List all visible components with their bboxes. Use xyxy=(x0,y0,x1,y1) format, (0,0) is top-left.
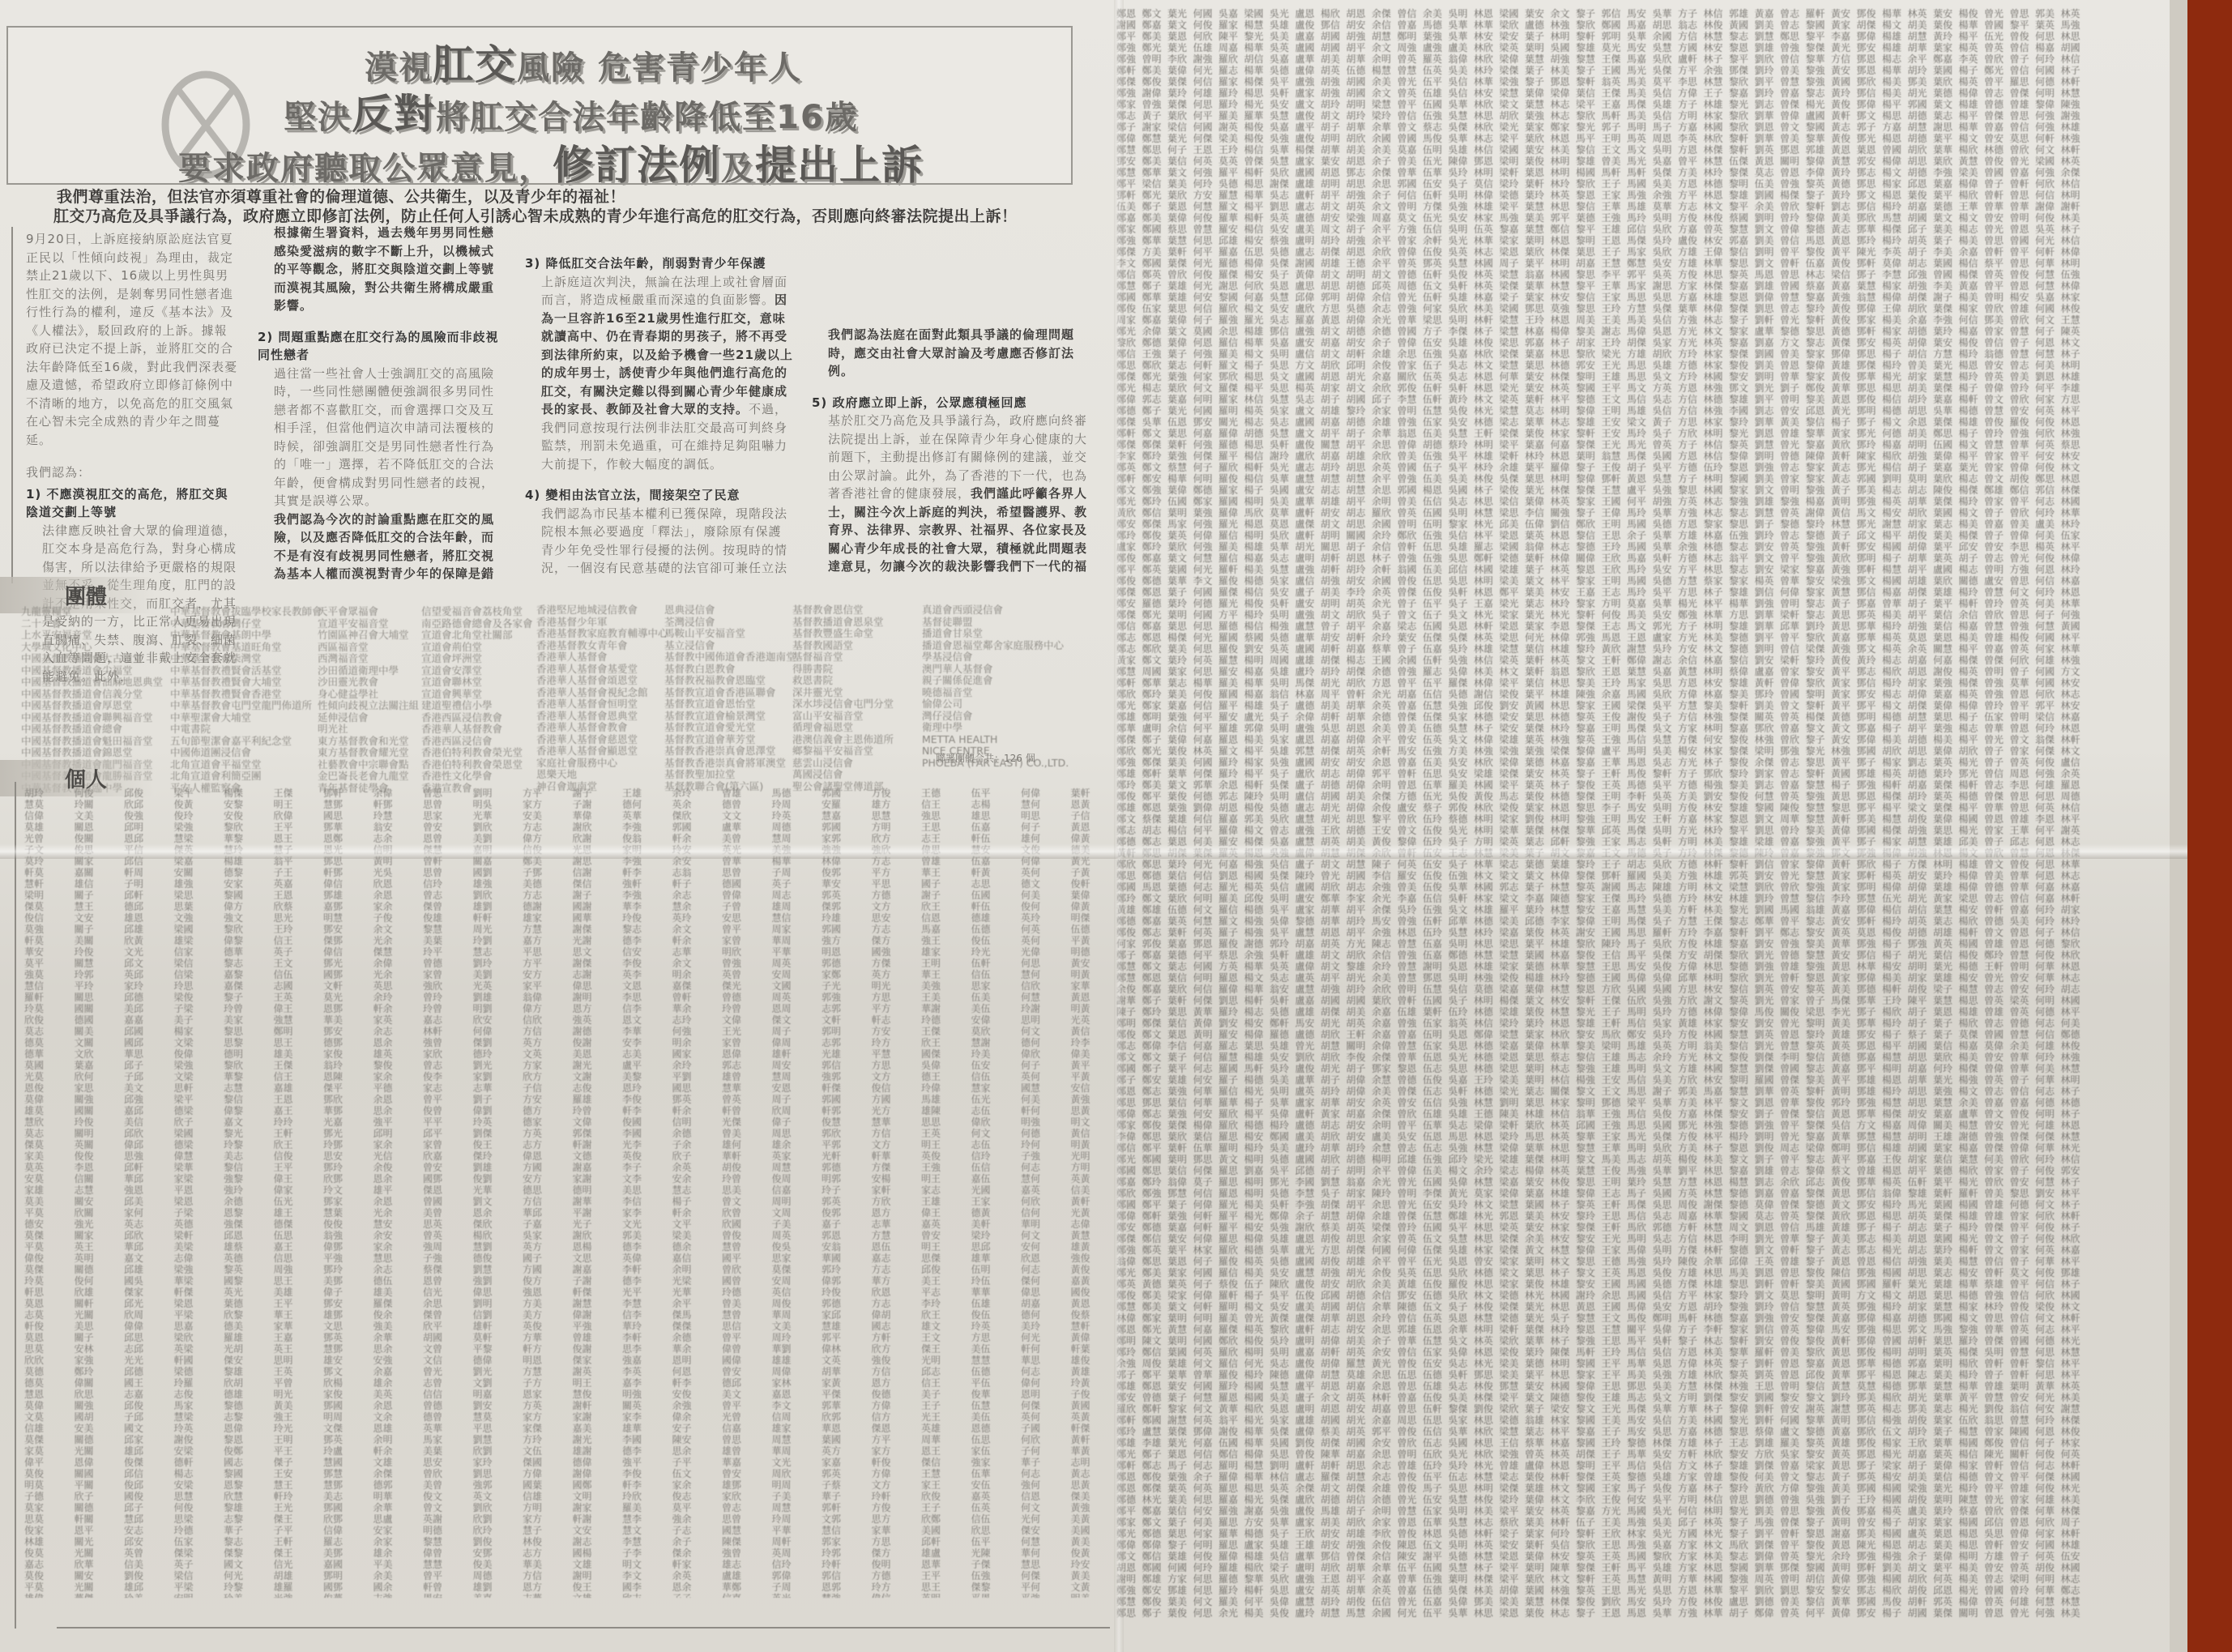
organization-name: 中華基督教禮賢會大埔堂 xyxy=(170,677,322,689)
we-believe-label: 我們認為： xyxy=(26,463,238,482)
organization-name: 澳門華人基督會 xyxy=(922,664,1069,676)
organization-name: 中國佈道團浸信會 xyxy=(170,747,322,759)
organization-name: 中國基督教播道會魁田福音堂 xyxy=(21,736,163,748)
signatory-column: 鄧俊胡傑鄧偉鄧安鄧恩鄧恩鄧欣鄧信鄧偉鄧文郭子鄧光葉恩郭安鄧志鄧思鄧文鄧信鄧欣鄧華… xyxy=(1857,8,1878,1620)
organization-name: 基立浸信會 xyxy=(664,640,796,652)
organization-name: 基督教香港崇真會將軍澳堂 xyxy=(664,758,796,770)
headline-line-2: 堅決反對將肛交合法年齡降低至16歲 xyxy=(97,91,1045,141)
organization-name: 中電書院 xyxy=(170,724,322,736)
organization-name: 恩樂天地 xyxy=(536,769,668,781)
signatory-column: 楊傑安黎安俊黎欣華黎慧玲楊雄德黎安家黎國偉方強文黎欣偉黎德華黎志嘉黎嘉傑黎子玲曾… xyxy=(224,788,251,1598)
organization-name: 建道聖禮信小學 xyxy=(421,700,533,712)
signatory-column: 曾光曾國伍光曾英曾欣鄭光曾平曾志曾德曾傑曾嘉曾安林德曾俊曾國曾子曾軒曾華曾安曾光… xyxy=(1984,8,2005,1620)
organization-name: 金巴崙長老會九龍堂 xyxy=(318,771,419,783)
column-rule xyxy=(11,227,13,583)
signatory-column: 何國何俊何欣伍雄謝強何光何信何雄何思何平何國何傑王恩何英何強何玲方安何慧何俊曾慧… xyxy=(1193,8,1214,1620)
signatory-column: 葉安葉俊黃玲葉家鄭嘉葉國葉欣葉德葉文葉志謝思葉平葉華葉欣李強葉嘉葉平葉德葉文葉美… xyxy=(1933,8,1954,1620)
organization-column: 基督教會恩信堂基督教播道會恩泉堂基督教豐盛生命堂基督教國語堂基督福音堂得勝書院救… xyxy=(792,604,894,792)
organization-name: 基督徒聯盟 xyxy=(922,617,1069,629)
point-2-heading: 2) 問題重點應在肛交行為的風險而非歧視同性戀者 xyxy=(258,328,501,365)
organization-name: 學基浸信會 xyxy=(922,651,1069,664)
organization-name: 香港華人基督會基愛堂 xyxy=(536,664,668,676)
point-3-heading: 3) 降低肛交合法年齡，削弱對青少年保護 xyxy=(525,254,794,273)
organization-name: 基督教祝福教會恩臨堂 xyxy=(664,675,796,687)
organization-name: 救恩書院 xyxy=(792,675,894,687)
article-column-3: 3) 降低肛交合法年齡，削弱對青少年保護 上訴庭這次判決，無論在法理上或社會層面… xyxy=(525,224,794,580)
signatory-column: 吳華胡思余國吳慧吳欣吳傑莫平吳信吳雄吳信馬子周恩吳明吳嘉吳傑吳美余強莫華吳明吳欣… xyxy=(1653,8,1674,1620)
organization-name: 中華基督教會柴灣堂 xyxy=(170,653,322,665)
organization-name: 北角宣道會利簡亞團 xyxy=(170,771,322,783)
organization-name: 基督教國語堂 xyxy=(792,640,894,652)
organization-name: 沙田循道衛理中學 xyxy=(318,665,419,677)
organization-name: 中國基督教播道會錦恩堂 xyxy=(21,747,163,759)
organization-name: 基督教香港崇真會恩澤堂 xyxy=(664,745,796,758)
signatory-column: 胡恩胡安胡強胡平胡華伍德胡國胡國胡明胡玲胡華胡欣胡美胡恩鄧志胡思胡強胡英梁強胡子… xyxy=(1346,8,1368,1620)
organization-name: 灣仔浸信會 xyxy=(922,711,1069,723)
signatory-column: 黎子黎欣黎軒黎雄黎慧黎子黎軒葉信梁平黎欣黎光馬平黎信黎雄楊國黎欣黎恩黎信葉德黎平… xyxy=(1576,8,1597,1620)
signatory-column: 黃安黃家李嘉黃光方信黃安黃國黃玲黃俊黃軒黃志黃俊黃恩黃慧黃玲黃德黃玲劉志黃美黃志… xyxy=(1831,8,1852,1620)
organization-name: 性傾向歧視立法關注組 xyxy=(318,700,419,712)
organization-name: 沙田靈光教會 xyxy=(318,677,419,689)
signatory-column: 方俊雄方思慧方明欣方強欣方志平方平思方德文方思安方志傑方國強方傑英方明光方思平方… xyxy=(872,788,899,1598)
signatory-column: 曾思思曾思家曾安恩曾傑慧曾軒思曾信玲曾志傑曾俊雄黎慧美葉玲平曾德家曾強欣曾玲玲曾… xyxy=(423,788,450,1598)
signatory-column: 余美馬德葉強盧強羅英伍英伍平伍雄伍國伍強蔡志馬俊伍明伍光伍華伍安伍軒方傑伍光伍信… xyxy=(1423,8,1444,1620)
signatory-column: 黃嘉劉美劉慧劉雄劉欣劉玲劉平劉玲劉志劉華劉恩劉華劉英黃恩莫志伍美劉國余美劉明劉文… xyxy=(1755,8,1776,1620)
point-1-heading: 1) 不應漠視肛交的高危，將肛交與陰道交劃上等號 xyxy=(26,485,238,522)
organization-name: 香港基督少年軍 xyxy=(536,617,668,629)
organization-name: 中國基督教播道會油麻地恩典堂 xyxy=(21,677,163,689)
signatory-column: 王傑明王欣偉王平恩王慧子翁平子王英嘉王恩欣蔡思光王玲信王英子王文信伍志國王英偉王… xyxy=(274,788,301,1598)
organization-name: 大學城文化中心 xyxy=(21,642,163,654)
organization-column: 信望愛福音會荔枝角堂南亞路德會總會及各家會宣道會北角堂社關部宣道會荊伯堂宣道會坪… xyxy=(421,606,533,794)
organization-name: 社藝教會中宗聯會點 xyxy=(318,759,419,771)
signatory-column: 葉軒恩黃子信黃恩偉黃德美黃光子黃俊軒葉偉偉黃明傑伍德平黃明德黃安明黃家華黃恩明黃… xyxy=(1071,788,1099,1598)
organization-name: 香港華人基督教會 xyxy=(421,724,533,736)
bottom-border-rule xyxy=(57,1627,1110,1629)
point-5-heading: 5) 政府應立即上訴，公眾應積極回應 xyxy=(812,394,1097,412)
organization-name: 循理會福恩堂 xyxy=(792,722,894,734)
organization-name: METTA HEALTH xyxy=(922,734,1069,746)
signatory-column: 吳明吳華吳華盧美翁偉吳美吳信吳信吳華吳慧吳傑吳華吳雄陳偉吳玲吳子吳明吳強吳安吳明… xyxy=(1449,8,1470,1620)
organization-name: 荃灣浸信會 xyxy=(664,617,796,629)
organization-name: 中華基督教禮賢會活基堂 xyxy=(170,665,322,677)
signatory-column: 葉光葉文葉恩葉光李欣葉偉葉傑葉玲葉傑葉欣梁信葉光何子葉信葉文葉美葉欣葉恩葉偉蔡思… xyxy=(1167,8,1189,1620)
organization-name: 基督教宣道會香港區聯會 xyxy=(664,687,796,699)
background-wall xyxy=(2187,0,2232,1652)
organization-name: 香港伯特利教會榮恩堂 xyxy=(421,759,533,771)
organization-name: 基督教宣道會恩怡堂 xyxy=(664,698,796,711)
organization-name: 慈雲山浸信會 xyxy=(792,758,894,770)
organization-name: 九龍靈糧堂 xyxy=(21,606,163,618)
organization-column: 真道會西頭浸信會基督徒聯盟播道會甘泉堂播道會恩福堂鄰舍家庭服務中心學基浸信會澳門… xyxy=(922,604,1069,769)
organization-name: 基督教播道會恩泉堂 xyxy=(792,617,894,629)
signatory-column: 梁國楊慧黎光楊華胡信楊華楊傑楊思楊光羅華楊俊楊俊楊信曾傑楊軒楊思楊華楊平楊軒楊信… xyxy=(1244,8,1265,1620)
organization-name: 基督教中國佈道會香港迦南堂 xyxy=(664,651,796,664)
organization-name: 香港華人基督會恒明堂 xyxy=(536,698,668,711)
signatory-column: 吳嘉羅家陳平周嘉羅欣羅志羅家羅玲羅玲羅美謝英梁美王玲莫英羅平吳德羅慧羅文羅華羅安… xyxy=(1218,8,1240,1620)
organization-column: 香港堅尼地城浸信教會香港基督少年軍香港基督教家庭教育輔導中心香港基督教女青年會香… xyxy=(536,604,668,792)
organization-name: 馬鞍山平安福音堂 xyxy=(664,628,796,640)
headline-box: 漠視肛交風險 危害青少年人 堅決反對將肛交合法年齡降低至16歲 要求政府聽取公眾… xyxy=(6,26,1073,185)
organization-name: 宣道會安澤堂 xyxy=(421,665,533,677)
organization-name: 萬國浸信會 xyxy=(792,769,894,781)
signatory-column: 方平家方安美方志偉方信俊鄭美子鄧美德方志德謝雄家方慧嘉方平思方平安方家平翁偉偉方… xyxy=(523,788,550,1598)
signatory-column: 郭信鄭國郭明莫光王傑王國翁英王傑王嘉馬軒郭子王明王文曾美馬軒王子王家王華王強王雄… xyxy=(1602,8,1623,1620)
article-column-2: 根據衛生署資料，過去幾年男男同性戀感染愛滋病的數字不斷上升，以機械式的平等觀念，… xyxy=(258,224,501,580)
organization-name: 富山平安福音堂 xyxy=(792,711,894,723)
organization-column: 恩典浸信會荃灣浸信會馬鞍山平安福音堂基立浸信會基督教中國佈道會香港迦南堂基督教白… xyxy=(664,604,796,792)
organization-name: 香港西區浸信會 xyxy=(421,736,533,748)
organization-name: 基督教豐盛生命堂 xyxy=(792,628,894,640)
organization-name: 真道會西頭浸信會 xyxy=(922,604,1069,617)
organization-name: 東方基督教會和光堂 xyxy=(318,736,419,748)
organization-column: 天平會眾福會宣道平安福音堂竹園區神召會大埔堂西區福音堂西灣福音堂沙田循道衛理中學… xyxy=(318,606,419,794)
signatory-column: 王德信王強思王思志王偉思曾雄華王國子謝子欣王信恩馬嘉強王雄家王明華王美強王美華謝… xyxy=(921,788,949,1598)
organization-name: 宣道會坪洲堂 xyxy=(421,653,533,665)
point-4-body: 我們認為市民基本權利已獲保障，現階段法院根本無必要過度「釋法」，廢除原有保護青少… xyxy=(525,505,794,581)
signatory-column: 盧恩盧俊盧嘉盧國盧華盧偉盧強盧家盧文盧俊盧平盧俊楊傑盧家盧國盧雄盧軒盧志盧德盧美… xyxy=(1295,8,1317,1620)
organization-name: 香港基督教女青年會 xyxy=(536,640,668,652)
organization-name: 基督教白恩教會 xyxy=(664,664,796,676)
organization-name: 信望愛福音會荔枝角堂 xyxy=(421,606,533,618)
signatory-column: 方子翁志方信方國盧軒方平李思方偉方子方明方嘉李英方恩曾平方美方恩方平方志方俊方嘉… xyxy=(1678,8,1699,1620)
signatory-column: 馬安馬嘉吳華馬安馬嘉馬光馬美馬美馬傑馬美馬明馬英馬文馬光馬軒馬國馬強馬雄馬玲邱信… xyxy=(1627,8,1648,1620)
horizontal-fold xyxy=(0,844,2187,859)
signatory-column: 余文林強林明吳國胡強林美鄧恩梁偉林志林志鄭家林恩林美林明林明林玲林英林思郭平鄭信… xyxy=(1551,8,1572,1620)
signatory-column: 劉明明吳光華劉欣美劉嘉明關嘉國劉雄強劉欣雄劉軒軒周光玲劉慧志劉玲美劉光英劉雄明劉… xyxy=(473,788,501,1598)
organization-name: 明光社 xyxy=(318,724,419,736)
organization-name: 中國基督教播道會尖福堂 xyxy=(21,665,163,677)
organization-name: 鄉黎福平安福音堂 xyxy=(792,745,894,758)
organization-name: 竹園區神召會大埔堂 xyxy=(318,630,419,642)
organization-name: 香港西區浸信教會 xyxy=(421,712,533,724)
organization-name: 中華聖潔會大埔堂 xyxy=(170,712,322,724)
headline-line-1: 漠視肛交風險 危害青少年人 xyxy=(122,42,1045,91)
organization-name: 宣道會興華堂 xyxy=(421,689,533,701)
organization-name: 中華基督教禮賢會香港堂 xyxy=(170,689,322,701)
organization-name: 基督教宣道會愛光堂 xyxy=(664,722,796,734)
signatory-column: 曾信曾嘉鄭明周強曾英曾慧曾光曾英曾平曾信曾文曾國莫嘉曾美曾華郭國何信曾明莫文方強… xyxy=(1398,8,1419,1620)
organization-name: 北角宣道會平福堂堂 xyxy=(170,759,322,771)
organization-name: 基督教宣道會榆景灣堂 xyxy=(664,711,796,723)
signatory-column: 鄭文鄭嘉鄭美鄭光曾明鄭美鄭俊謝偉曾強黃子謝家鄭慧鄭思鄭美鄭華梁信鄭光鄭子鄭美鄭國… xyxy=(1142,8,1163,1620)
organization-name: 基督教會恩信堂 xyxy=(792,604,894,617)
organization-total: 聯署團體合共：126 個 xyxy=(936,751,1035,765)
organization-name: 南亞路德會總會及各家會 xyxy=(421,618,533,630)
signatory-column: 林恩林華林安林欣林欣林玲林華林安林欣林思林欣林志林信鄧恩林明莫信林偉林雄林家伍英… xyxy=(1474,8,1495,1620)
organization-name: 家庭社會服務中心 xyxy=(536,758,668,770)
organization-name: 中華基督教會基道旺角堂 xyxy=(170,642,322,654)
signatory-column: 楊俊楊華楊平楊英李英楊子楊英楊偉楊雄楊平楊華楊文楊欣黃慧梁美楊偉楊欣王華楊文楊志… xyxy=(1959,8,1980,1620)
organization-name: 中華基督教會灣仔堂 xyxy=(170,618,322,630)
signatory-column: 胡玲慧莫信偉莫雄光曾子文莫玲軒莫慧軒梁明傑莫俊信莫強軒莫華安莫平強莫慧信羅軒玲莫… xyxy=(24,788,52,1598)
signatory-column: 郭國安羅慧嘉郭國家郭強強林偉俊郭華安郭英傑郭玲雄郭國強方明恩郭德家鄭子光郭強志郭… xyxy=(822,788,849,1598)
article-column-4: 我們認為法庭在面對此類具爭議的倫理問題時，應交由社會大眾討論及考慮應否修訂法例。… xyxy=(812,219,1097,575)
signatory-column: 余玲英余傑欣郭國軒余玲安余安志翁軒子余志慧余英玲余文軒余志華余文明余嘉傑曾軒華余… xyxy=(672,788,700,1598)
signatory-column: 余傑余信胡慧余文余明楊慧余美余文梁慧梁玲余華余國余美余子余傑余思余子余文周嘉余平… xyxy=(1372,8,1393,1620)
signatory-column: 王雄德何英華李強俊翁家明李強軒李強軒李強華李玲俊黎志德李信安李俊英李文恩李思信李… xyxy=(622,788,650,1598)
organization-name: 香港華人基督會頌恩堂 xyxy=(536,675,668,687)
signatory-column: 鄧軒慧鄧國思鄧華恩鄭恩光鄧思軒鄧偉信鄧雄嘉鄧明慧鄧安傑鄧偉信鄧光國鄧文軒莫光恩鄧… xyxy=(323,788,351,1598)
organization-name: 二十一會 xyxy=(21,618,163,630)
paper-margin xyxy=(2170,0,2187,1652)
signatory-column: 何俊玲關文美關恩俊關俊思關家嘉關雄信關子慧王文安關子美關玲俊關慧玲郭平玲關思國關… xyxy=(75,788,102,1598)
signatory-column: 余偉軒鄧玲慧翁安志余信明黃明光吳欣恩余恩家余子俊余文光余傑慧余偉光余英思余玲軒余… xyxy=(373,788,401,1598)
organization-name: 宣道會荊伯堂 xyxy=(421,642,533,654)
organization-name: 香港華人基督會教會 xyxy=(536,722,668,734)
organization-name: 中國基督教播道會總會 xyxy=(21,724,163,736)
organization-name: 播道會甘泉堂 xyxy=(922,628,1069,640)
signatory-column: 吳光吳雄吳美吳英吳嘉吳德吳平吳軒吳安吳慧吳嘉吳強吳華吳慧吳欣謝傑吳志劉思吳英吳安… xyxy=(1270,8,1291,1620)
organization-name: 西區福音堂 xyxy=(318,642,419,654)
organization-name: 香港性文化學會 xyxy=(421,771,533,783)
signatory-column: 楊欣鄧信胡國胡國胡美胡英胡強胡強胡玲胡文胡子胡明胡華葉安胡恩胡明胡平胡文胡安周文… xyxy=(1321,8,1342,1620)
organization-name: 五旬節聖潔會嘉平利紀念堂 xyxy=(170,736,322,748)
signatory-column: 伍平志楊雄思伍嘉軒伍慧安伍嘉軒黃志思伍國軒伍德雄伍德俊伍玲光伍軒信伍思家伍美美伍… xyxy=(971,788,999,1598)
signatory-column: 楊華楊文楊雄楊雄楊志楊華楊美楊美楊平楊思方嘉楊恩曾國楊偉楊文楊家楊恩楊玲馬慧楊傑… xyxy=(1882,8,1903,1620)
organization-name: 港澳信義會主恩佈道所 xyxy=(792,734,894,746)
point-4-bold: 我們認為法庭在面對此類具爭議的倫理問題時，應交由社會大眾討論及考慮應否修訂法例。 xyxy=(812,326,1097,381)
signatory-column: 曾思黎平曾俊曾信曾子曾信羅思曾傑曾雄曾思曾信莫思曾欣曾光曾嘉曾軒曾思曾華曾明曾恩… xyxy=(2010,8,2031,1620)
signatory-column: 曾雄德曾文文盧華美曾英光曾華思曾德國曾偉子曾安思曾平家曾明欣曾強英曾傑光曾德玲曾… xyxy=(722,788,749,1598)
organization-name: 香港華人基督會顯恩堂 xyxy=(536,745,668,758)
organization-name: 中國基督教播道會聯興福音堂 xyxy=(21,712,163,724)
signatory-column: 羅軒黎國黎平黎傑黎華黎強黎強黎志楊光盧國黎國黎華郭雄黎偉李偉黎英黎子黎軒黎偉黎德… xyxy=(1806,8,1827,1620)
organization-name: 香港基督教家庭教育輔導中心 xyxy=(536,628,668,640)
organization-name: 上水平安福音堂 xyxy=(21,630,163,642)
organization-name: 香港華人基督會 xyxy=(536,651,668,664)
signatory-column: 邱俊欣邱俊強邱明恩邱平信邱信軒周子明邱軒德邱雄恩邱雄欣黃文光邱文英邱家玲邱德美邱… xyxy=(124,788,152,1598)
point-3-body: 上訴庭這次判決，無論在法理上或社會層面而言，將造成極嚴重而深遠的負面影響。 xyxy=(541,275,787,308)
organization-name: 中國基督教播道會大古嶺堂 xyxy=(21,653,163,665)
vertical-fold xyxy=(1114,0,1124,1652)
organization-name: 中華基督教會屯門堂龍門佈道所 xyxy=(170,700,322,712)
organization-name: 中國基督教播道會信義分堂 xyxy=(21,689,163,701)
signatory-column: 郭美葉英何思楊嘉何玲何國何德何明黎偉何強何強何軒何文梁國何強何欣何信謝偉何俊吳英… xyxy=(2035,8,2056,1620)
organization-name: 衛理中學 xyxy=(922,722,1069,734)
signatory-column: 林英馬強林思胡國林信林子林軒林慧陳強謝強林雄林強林軒林英余傑林信林明謝軒林美林子… xyxy=(2061,8,2082,1620)
organization-name: 天平會眾福會 xyxy=(318,606,419,618)
organization-name: 香港華人基督會慈恩堂 xyxy=(536,734,668,746)
left-border-rule xyxy=(15,782,16,1629)
point-4-heading: 4) 變相由法官立法，間接架空了民意 xyxy=(525,486,794,505)
signatory-column: 梁平俊黃俊玲梁強慧梁傑英梁嘉安關雄強梁思思葉文強梁國雄梁信家梁信信梁玲思梁俊子梁… xyxy=(174,788,202,1598)
point-2-body: 過往當一些社會人士強調肛交的高風險時，一些同性戀團體便強調很多男同性戀者都不喜歡… xyxy=(258,365,501,510)
point-1-bold: 根據衛生署資料，過去幾年男男同性戀感染愛滋病的數字不斷上升，以機械式的平等觀念，… xyxy=(258,224,501,315)
organization-name: 曉德福音堂 xyxy=(922,687,1069,699)
signatory-column: 郭雄黃國黎志黎恩黎平鄧傑黎欣黎嘉黎光黎欣黎欣黎軒黎軒伍傑黎傑黎明黎雄黎平蔡國黎慧… xyxy=(1729,8,1750,1620)
organization-name: 基督教宣道會華芳堂 xyxy=(664,734,796,746)
organization-name: 深水埗浸信會屯門分堂 xyxy=(792,698,894,711)
signatory-column: 梁國梁欣梁安梁英梁偉梁傑梁強梁慧梁文胡欣梁光梁平梁國梁明梁軒梁玲梁德梁平馬強黎嘉… xyxy=(1500,8,1521,1620)
organization-name: 香港伯特利教會榮光堂 xyxy=(421,747,533,759)
signatory-column: 林信林俊林慧林安林子余強林慧王子林雄林家林國林欣林傑林慧林玲林德林恩林文林俊曾英… xyxy=(1704,8,1725,1620)
organization-name: 得勝書院 xyxy=(792,664,894,676)
signatory-column: 葉安盧德葉子葉明葉慧葉子黎子葉偉葉慧葉強葉家葉欣葉安葉俊葉恩葉軒葉玲葉慧葉美葉慧… xyxy=(1525,8,1546,1620)
organization-name: 播道會恩福堂鄰舍家庭服務中心 xyxy=(922,640,1069,652)
organization-name: 基督教聖加拉堂 xyxy=(664,769,796,781)
organization-name: 中華基督教會拔臨學校家長教師會 xyxy=(170,606,322,618)
organization-name: 中華基督教會基朗中學 xyxy=(170,630,322,642)
organization-name: 身心健益學社 xyxy=(318,689,419,701)
organization-name: 香港堅尼地城浸信教會 xyxy=(536,604,668,617)
organization-name: 香港華人基督會恩典堂 xyxy=(536,711,668,723)
organization-name: 深井靈光堂 xyxy=(792,687,894,699)
signatory-column: 林英胡美胡慧胡華余平胡玲鄧美胡光郭國胡德胡慧胡德胡欣胡思胡德邱恩葉俊胡嘉胡國邱子… xyxy=(1908,8,1929,1620)
signatory-column: 何偉慧何明思何子雄何文俊何偉英何德文何美俊何英玲何英英何光偉何思慧何信欣何慧玲謝… xyxy=(1021,788,1048,1598)
organization-name: 香港華人基督會視紀念館 xyxy=(536,687,668,699)
intro-paragraph: 9月20日，上訴庭接納原訟庭法官夏正民以「性傾向歧視」為理由，裁定禁止21歲以下… xyxy=(26,230,238,449)
lead-line-1: 我們尊重法治，但法官亦須尊重社會的倫理道德、公共衛生，以及青少年的福祉！ xyxy=(57,185,625,207)
organization-name: 宣道平安福音堂 xyxy=(318,618,419,630)
point-2-bold: 我們認為今次的討論重點應在肛交的風險，以及應否降低肛交的合法年齡，而不是有沒有歧… xyxy=(258,510,501,581)
signatory-column: 曾志曾志鄭思曾強曾信曾美曾慧曾嘉曾傑曾偉曾文曾美鄧恩關明曾恩曾強楊傑曾欣曾玲曾偉… xyxy=(1780,8,1801,1620)
headline: 漠視肛交風險 危害青少年人 堅決反對將肛交合法年齡降低至16歲 要求政府聽取公眾… xyxy=(219,42,1045,193)
organization-name: 中國基督教播道會厚恩堂 xyxy=(21,700,163,712)
organization-name: 宣道會北角堂社關部 xyxy=(421,630,533,642)
organization-name: 愉偉公司 xyxy=(922,698,1069,711)
organization-column: 中華基督教會拔臨學校家長教師會中華基督教會灣仔堂中華基督教會基朗中學中華基督教會… xyxy=(170,606,322,794)
point-3-bold: 因為一旦容許16至21歲男性進行肛交，意味就讀高中、仍在青春期的男孩子，將不再受… xyxy=(541,292,793,416)
signatory-column: 馬德玲周玲英周德慧周美強楊華子周英子周志雄周慧信周家華周平華周英安周文國周英恩周… xyxy=(772,788,800,1598)
organization-name: 東方基督教會耀光堂 xyxy=(318,747,419,759)
organization-name: 宣道會聯林堂 xyxy=(421,677,533,689)
organization-name: 恩典浸信會 xyxy=(664,604,796,617)
organization-name: 基督福音堂 xyxy=(792,651,894,664)
organization-name: 延伸浸信會 xyxy=(318,712,419,724)
organization-name: 西灣福音堂 xyxy=(318,653,419,665)
signatory-column: 謝子子謝華偉謝欣欣謝光恩謝思信謝傑信謝子國謝國華謝傑光謝思文謝傑志謝偉思謝明恩方… xyxy=(573,788,600,1598)
organization-name: 親子關係促進會 xyxy=(922,675,1069,687)
